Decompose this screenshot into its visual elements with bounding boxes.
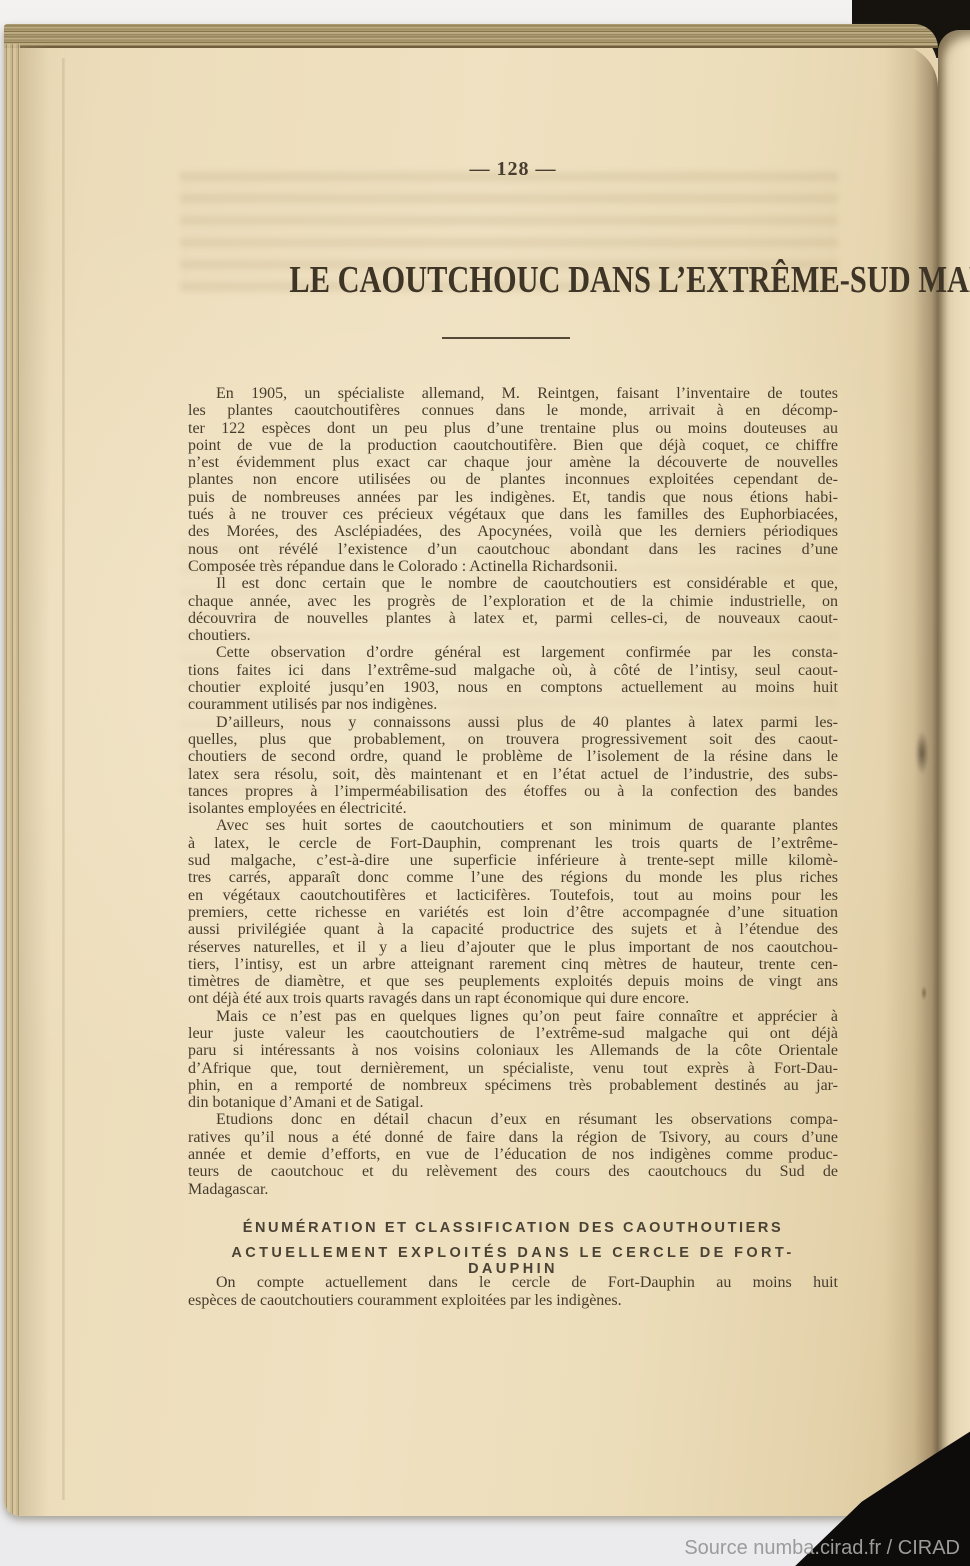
paragraph: Etudions donc en détail chacun d’eux en … [188,1111,838,1197]
page-edge-fade [20,46,50,1516]
text-line: Mais ce n’est pas en quelques lignes qu’… [188,1008,838,1025]
text-line: latex sera résolu, soit, dès maintenant … [188,766,838,783]
text-line: puis de nombreuses années par les indigè… [188,489,838,506]
text-line: Madagascar. [188,1181,838,1198]
text-line: premiers, cette richesse en variétés est… [188,904,838,921]
text-line: isolantes employées en électricité. [188,800,838,817]
text-line: choutier exploité jusqu’en 1903, nous en… [188,679,838,696]
text-line: sud malgache, c’est-à-dire une superfici… [188,852,838,869]
section-heading: ÉNUMÉRATION ET CLASSIFICATION DES CAOUTH… [188,1220,838,1277]
text-line: tances propres à l’imperméabilisation de… [188,783,838,800]
text-line: leur juste valeur les caoutchoutiers de … [188,1025,838,1042]
text-line: découvrira de nouvelles plantes à latex … [188,610,838,627]
article-title: LE CAOUTCHOUC DANS L’EXTRÊME-SUD MALGACH… [289,258,970,302]
text-line: ratives qu’il nous a été donné de faire … [188,1129,838,1146]
text-line: ter 122 espèces dont un peu plus d’une t… [188,420,838,437]
closing-paragraph: On compte actuellement dans le cercle de… [188,1274,838,1310]
text-line: teurs de caoutchouc et du relèvement des… [188,1163,838,1180]
section-heading-line2: ACTUELLEMENT EXPLOITÉS DANS LE CERCLE DE… [188,1245,838,1277]
text-line: d’Afrique que, tout dernièrement, un spé… [188,1060,838,1077]
text-line: plantes non encore utilisées ou de plant… [188,471,838,488]
text-line: chaque année, avec les progrès de l’expl… [188,593,838,610]
text-line: Cette observation d’ordre général est la… [188,644,838,661]
text-line: Composée très répandue dans le Colorado … [188,558,838,575]
text-line: point de vue de la production caoutchout… [188,437,838,454]
text-line: les plantes caoutchoutifères connues dan… [188,402,838,419]
stacked-page-edges-top [4,24,938,48]
paragraph: D’ailleurs, nous y connaissons aussi plu… [188,714,838,818]
text-line: année et demie d’efforts, en vue de l’éd… [188,1146,838,1163]
text-line: en végétaux caoutchoutifères et lacticif… [188,887,838,904]
body-text: En 1905, un spécialiste allemand, M. Rei… [188,385,838,1198]
text-line: On compte actuellement dans le cercle de… [188,1274,838,1292]
text-line: timètres de diamètre, et que ses peuplem… [188,973,838,990]
text-line: En 1905, un spécialiste allemand, M. Rei… [188,385,838,402]
text-line: Avec ses huit sortes de caoutchoutiers e… [188,817,838,834]
paragraph: Avec ses huit sortes de caoutchoutiers e… [188,817,838,1007]
text-line: D’ailleurs, nous y connaissons aussi plu… [188,714,838,731]
text-line: tres carrés, apparaît donc comme l’une d… [188,869,838,886]
text-line: ont déjà été aux trois quarts ravagés da… [188,990,838,1007]
text-line: tués à ne trouver ces précieux végétaux … [188,506,838,523]
text-line: espèces de caoutchoutiers couramment exp… [188,1292,838,1310]
text-line: des Morées, des Asclépiadées, des Apocyn… [188,523,838,540]
text-line: Il est donc certain que le nombre de cao… [188,575,838,592]
text-line: Etudions donc en détail chacun d’eux en … [188,1111,838,1128]
text-line: paru si intéressants à nos voisins colon… [188,1042,838,1059]
text-line: tiers, l’intisy, est un arbre atteignant… [188,956,838,973]
text-line: n’est évidemment plus exact car chaque j… [188,454,838,471]
article-title-row: LE CAOUTCHOUC DANS L’EXTRÊME-SUD MALGACH… [188,258,838,302]
text-line: choutiers de second ordre, quand le prob… [188,748,838,765]
text-line: nous ont révélé l’existence d’un caoutch… [188,541,838,558]
text-line: à latex, le cercle de Fort-Dauphin, comp… [188,835,838,852]
page-fold-line [62,58,65,1500]
adjacent-page-edge [938,30,970,1458]
book-page: — 128 — LE CAOUTCHOUC DANS L’EXTRÊME-SUD… [4,24,938,1516]
text-line: phin, en a remporté de nombreux spécimen… [188,1077,838,1094]
section-heading-line1: ÉNUMÉRATION ET CLASSIFICATION DES CAOUTH… [188,1220,838,1236]
text-line: réserves naturelles, et il y a lieu d’aj… [188,939,838,956]
text-line: couramment utilisés par nos indigènes. [188,696,838,713]
text-line: tions faites ici dans l’extrême-sud malg… [188,662,838,679]
page-number: — 128 — [188,158,838,181]
text-line: choutiers. [188,627,838,644]
paragraph: En 1905, un spécialiste allemand, M. Rei… [188,385,838,575]
title-divider-rule [442,337,570,339]
text-line: quelles, plus que probablement, on trouv… [188,731,838,748]
gutter-smudge [913,724,931,782]
watermark: Source numba.cirad.fr / CIRAD [684,1537,960,1560]
gutter-nick [920,984,928,1002]
paragraph: On compte actuellement dans le cercle de… [188,1274,838,1310]
paragraph: Il est donc certain que le nombre de cao… [188,575,838,644]
text-line: din botanique d’Amani et de Satigal. [188,1094,838,1111]
scanned-page-view: — 128 — LE CAOUTCHOUC DANS L’EXTRÊME-SUD… [0,0,970,1566]
stacked-page-edges-left [4,44,20,1516]
paragraph: Cette observation d’ordre général est la… [188,644,838,713]
paragraph: Mais ce n’est pas en quelques lignes qu’… [188,1008,838,1112]
text-line: aussi privilégiée quant à la capacité pr… [188,921,838,938]
